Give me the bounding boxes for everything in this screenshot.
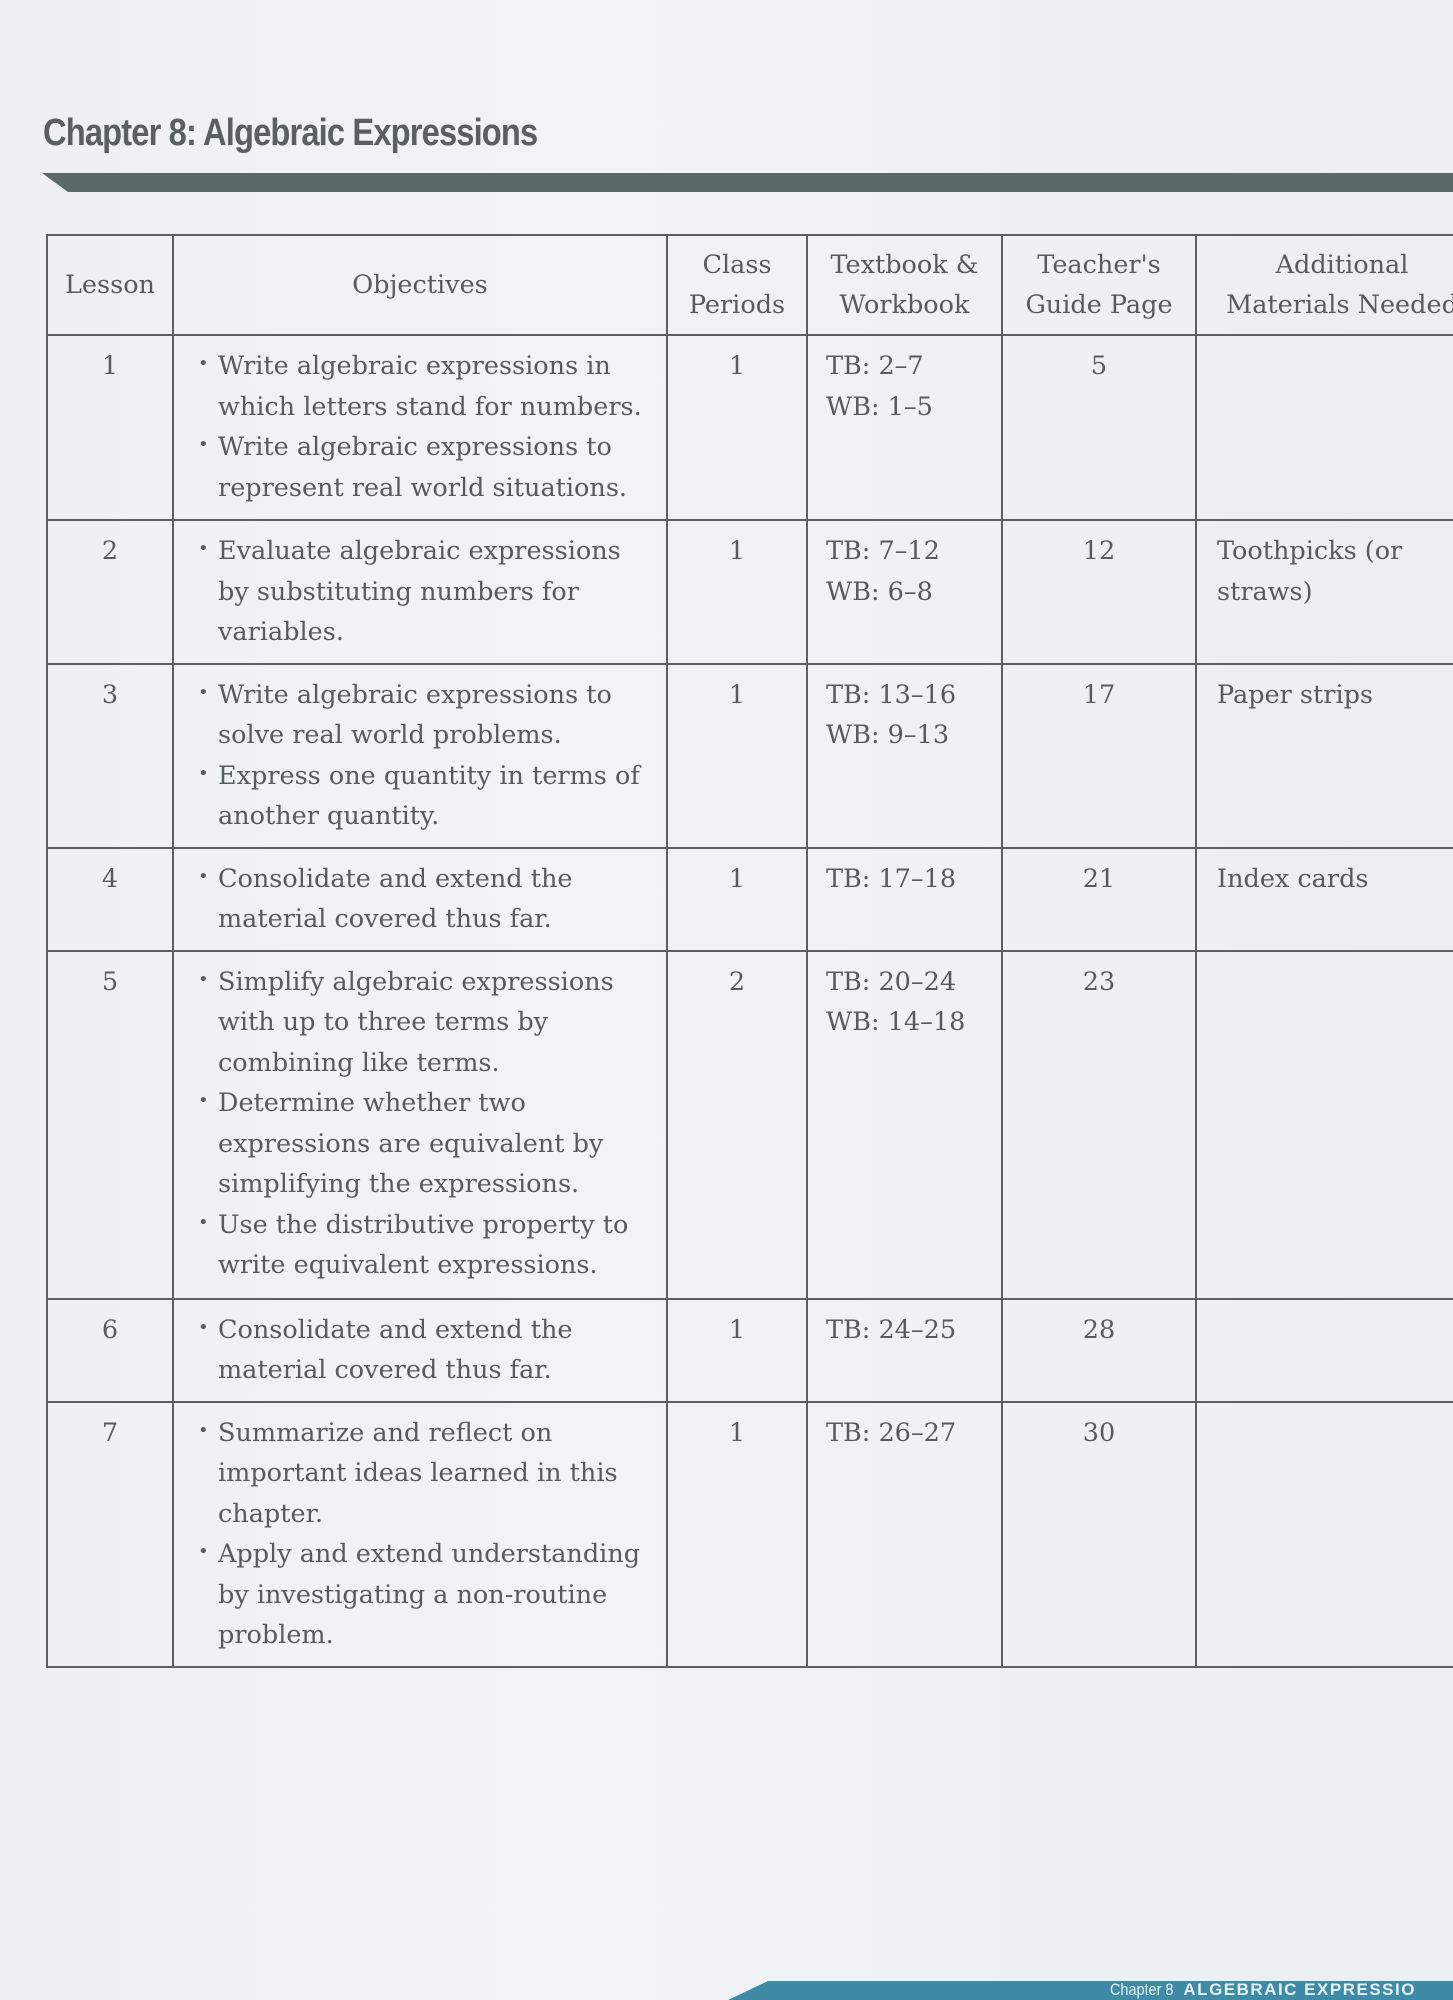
teachers-guide-page-cell: 30 (1002, 1402, 1196, 1667)
table-row: 4Consolidate and extend the material cov… (47, 848, 1453, 951)
objectives-cell: Write algebraic expressions in which let… (173, 335, 667, 520)
class-periods-cell: 2 (667, 951, 807, 1299)
objectives-list: Write algebraic expressions in which let… (196, 346, 656, 508)
objective-item: Apply and extend understanding by invest… (196, 1534, 656, 1656)
materials-text: Index cards (1217, 859, 1453, 900)
objectives-cell: Consolidate and extend the material cove… (173, 848, 667, 951)
lesson-number-cell: 2 (47, 520, 173, 664)
objective-item: Write algebraic expressions to solve rea… (196, 675, 656, 756)
objective-item: Consolidate and extend the material cove… (196, 1310, 656, 1391)
teachers-guide-page-cell: 5 (1002, 335, 1196, 520)
textbook-workbook-cell: TB: 17–18 (807, 848, 1002, 951)
header-objectives: Objectives (173, 235, 667, 335)
lesson-number-cell: 4 (47, 848, 173, 951)
class-periods-cell: 1 (667, 1299, 807, 1402)
table-row: 3Write algebraic expressions to solve re… (47, 664, 1453, 848)
header-lesson: Lesson (47, 235, 173, 335)
teachers-guide-page-cell: 17 (1002, 664, 1196, 848)
objectives-cell: Summarize and reflect on important ideas… (173, 1402, 667, 1667)
lesson-number-cell: 3 (47, 664, 173, 848)
class-periods-value: 1 (668, 531, 806, 572)
guide-page-number: 5 (1003, 346, 1195, 387)
table-row: 5Simplify algebraic expressions with up … (47, 951, 1453, 1299)
objective-item: Simplify algebraic expressions with up t… (196, 962, 656, 1084)
class-periods-value: 1 (668, 675, 806, 716)
lesson-number: 4 (48, 859, 172, 900)
page-range: TB: 2–7 (826, 346, 1001, 387)
objective-item: Write algebraic expressions to represent… (196, 427, 656, 508)
lesson-number: 7 (48, 1413, 172, 1454)
page-range: WB: 9–13 (826, 715, 1001, 756)
objective-item: Evaluate algebraic expressions by substi… (196, 531, 656, 653)
lesson-plan-table: Lesson Objectives ClassPeriods Textbook … (46, 234, 1453, 1668)
objectives-list: Summarize and reflect on important ideas… (196, 1413, 656, 1656)
objective-item: Consolidate and extend the material cove… (196, 859, 656, 940)
guide-page-number: 28 (1003, 1310, 1195, 1351)
materials-cell: Paper strips (1196, 664, 1453, 848)
page-range: WB: 1–5 (826, 387, 1001, 428)
guide-page-number: 23 (1003, 962, 1195, 1003)
class-periods-value: 1 (668, 1413, 806, 1454)
page-range: TB: 24–25 (826, 1310, 1001, 1351)
teachers-guide-page-cell: 23 (1002, 951, 1196, 1299)
class-periods-value: 1 (668, 346, 806, 387)
class-periods-value: 1 (668, 1310, 806, 1351)
textbook-workbook-cell: TB: 13–16WB: 9–13 (807, 664, 1002, 848)
textbook-workbook-cell: TB: 20–24WB: 14–18 (807, 951, 1002, 1299)
objectives-list: Consolidate and extend the material cove… (196, 859, 656, 940)
guide-page-number: 21 (1003, 859, 1195, 900)
textbook-workbook-cell: TB: 2–7WB: 1–5 (807, 335, 1002, 520)
textbook-workbook-cell: TB: 7–12WB: 6–8 (807, 520, 1002, 664)
objective-item: Determine whether two expressions are eq… (196, 1083, 656, 1205)
page-range: TB: 7–12 (826, 531, 1001, 572)
lesson-number: 2 (48, 531, 172, 572)
materials-cell: Index cards (1196, 848, 1453, 951)
materials-text: Toothpicks (or straws) (1217, 531, 1453, 612)
objectives-list: Write algebraic expressions to solve rea… (196, 675, 656, 837)
table-row: 6Consolidate and extend the material cov… (47, 1299, 1453, 1402)
class-periods-cell: 1 (667, 848, 807, 951)
lesson-number-cell: 6 (47, 1299, 173, 1402)
chapter-title: Chapter 8: Algebraic Expressions (43, 112, 537, 155)
class-periods-value: 2 (668, 962, 806, 1003)
materials-cell (1196, 1299, 1453, 1402)
lesson-number-cell: 5 (47, 951, 173, 1299)
lesson-number: 6 (48, 1310, 172, 1351)
page-range: WB: 14–18 (826, 1002, 1001, 1043)
footer-chapter-label: Chapter 8 ALGEBRAIC EXPRESSIO (1110, 1980, 1416, 2000)
guide-page-number: 12 (1003, 531, 1195, 572)
materials-cell: Toothpicks (or straws) (1196, 520, 1453, 664)
title-divider-band (42, 173, 1453, 192)
teachers-guide-page-cell: 12 (1002, 520, 1196, 664)
page-range: TB: 26–27 (826, 1413, 1001, 1454)
class-periods-cell: 1 (667, 1402, 807, 1667)
materials-cell (1196, 335, 1453, 520)
objectives-cell: Evaluate algebraic expressions by substi… (173, 520, 667, 664)
header-additional-materials: AdditionalMaterials Needed (1196, 235, 1453, 335)
class-periods-value: 1 (668, 859, 806, 900)
objectives-list: Consolidate and extend the material cove… (196, 1310, 656, 1391)
materials-text: Paper strips (1217, 675, 1453, 716)
lesson-number: 3 (48, 675, 172, 716)
class-periods-cell: 1 (667, 520, 807, 664)
table-row: 7Summarize and reflect on important idea… (47, 1402, 1453, 1667)
objectives-list: Simplify algebraic expressions with up t… (196, 962, 656, 1286)
textbook-workbook-cell: TB: 24–25 (807, 1299, 1002, 1402)
objective-item: Use the distributive property to write e… (196, 1205, 656, 1286)
lesson-number-cell: 7 (47, 1402, 173, 1667)
page-range: TB: 17–18 (826, 859, 1001, 900)
page-range: WB: 6–8 (826, 572, 1001, 613)
objective-item: Express one quantity in terms of another… (196, 756, 656, 837)
header-textbook-workbook: Textbook &Workbook (807, 235, 1002, 335)
objectives-cell: Simplify algebraic expressions with up t… (173, 951, 667, 1299)
lesson-number: 1 (48, 346, 172, 387)
header-class-periods: ClassPeriods (667, 235, 807, 335)
lesson-number: 5 (48, 962, 172, 1003)
objective-item: Write algebraic expressions in which let… (196, 346, 656, 427)
footer-chapter-name: ALGEBRAIC EXPRESSIO (1183, 1980, 1416, 1999)
teachers-guide-page-cell: 28 (1002, 1299, 1196, 1402)
lesson-number-cell: 1 (47, 335, 173, 520)
objective-item: Summarize and reflect on important ideas… (196, 1413, 656, 1535)
materials-cell (1196, 1402, 1453, 1667)
table-row: 2Evaluate algebraic expressions by subst… (47, 520, 1453, 664)
objectives-cell: Consolidate and extend the material cove… (173, 1299, 667, 1402)
objectives-list: Evaluate algebraic expressions by substi… (196, 531, 656, 653)
table-header-row: Lesson Objectives ClassPeriods Textbook … (47, 235, 1453, 335)
guide-page-number: 17 (1003, 675, 1195, 716)
guide-page-number: 30 (1003, 1413, 1195, 1454)
page-range: TB: 20–24 (826, 962, 1001, 1003)
header-teachers-guide-page: Teacher'sGuide Page (1002, 235, 1196, 335)
class-periods-cell: 1 (667, 335, 807, 520)
footer-chapter-number: Chapter 8 (1110, 1980, 1173, 2000)
teachers-guide-page-cell: 21 (1002, 848, 1196, 951)
textbook-workbook-cell: TB: 26–27 (807, 1402, 1002, 1667)
class-periods-cell: 1 (667, 664, 807, 848)
objectives-cell: Write algebraic expressions to solve rea… (173, 664, 667, 848)
table-row: 1Write algebraic expressions in which le… (47, 335, 1453, 520)
materials-cell (1196, 951, 1453, 1299)
page-range: TB: 13–16 (826, 675, 1001, 716)
